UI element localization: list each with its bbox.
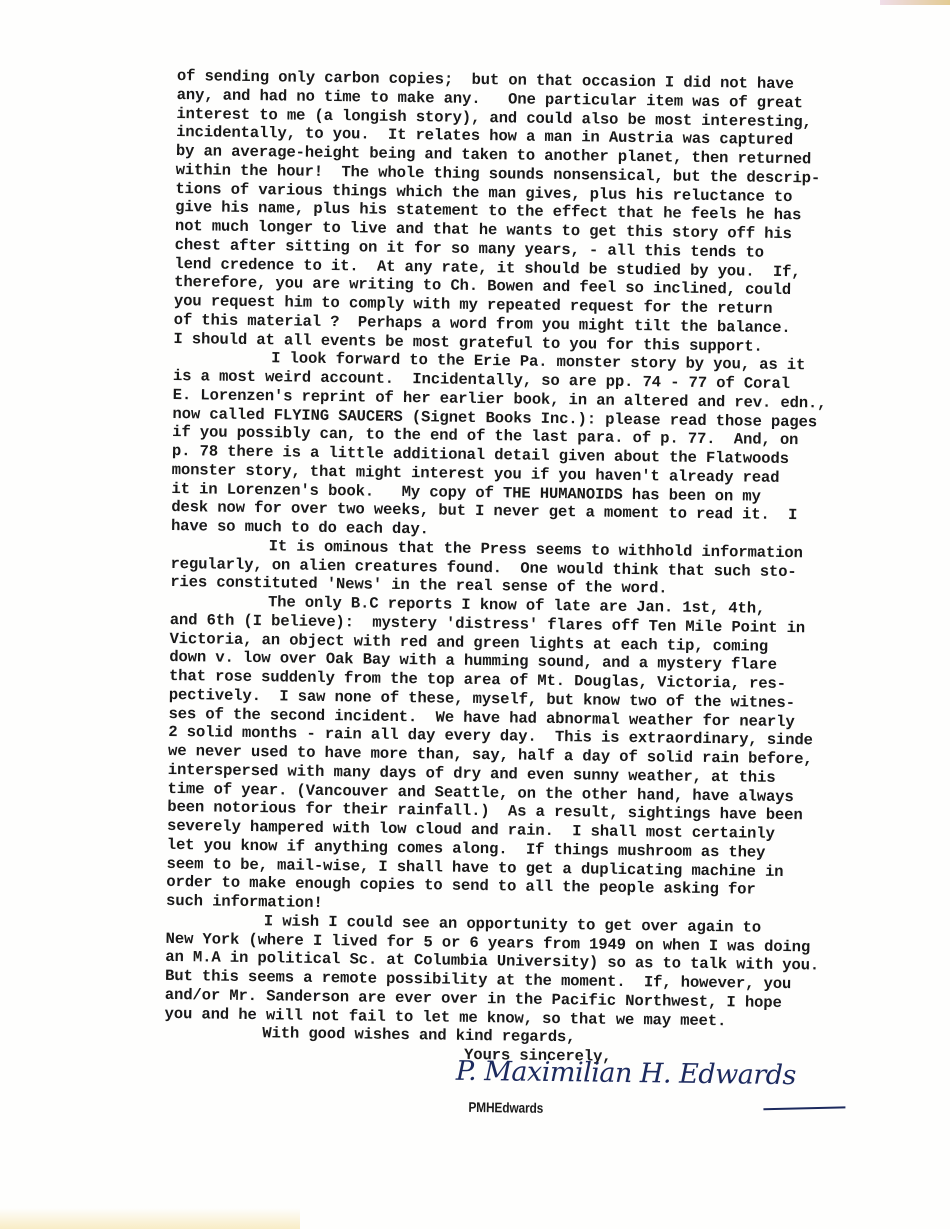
- letter-page: of sending only carbon copies; but on th…: [0, 0, 950, 1229]
- letter-paragraphs: of sending only carbon copies; but on th…: [164, 67, 876, 1032]
- paper-stain-top: [880, 0, 950, 5]
- paper-stain-bottom: [0, 1208, 300, 1229]
- paragraph: I look forward to the Erie Pa. monster s…: [171, 348, 873, 545]
- paragraph: of sending only carbon copies; but on th…: [173, 67, 877, 357]
- typed-name: PMHEdwards: [468, 1098, 543, 1118]
- handwritten-signature: P. Maximilian H. Edwards: [456, 1062, 796, 1085]
- signature-underline: [763, 1106, 845, 1110]
- paragraph: The only B.C reports I know of late are …: [166, 592, 870, 920]
- letter-body: of sending only carbon copies; but on th…: [163, 67, 877, 1124]
- paragraph: I wish I could see an opportunity to get…: [164, 911, 865, 1033]
- paragraph: It is ominous that the Press seems to wi…: [170, 536, 871, 601]
- signature-block: P. Maximilian H. Edwards PMHEdwards: [163, 1061, 864, 1124]
